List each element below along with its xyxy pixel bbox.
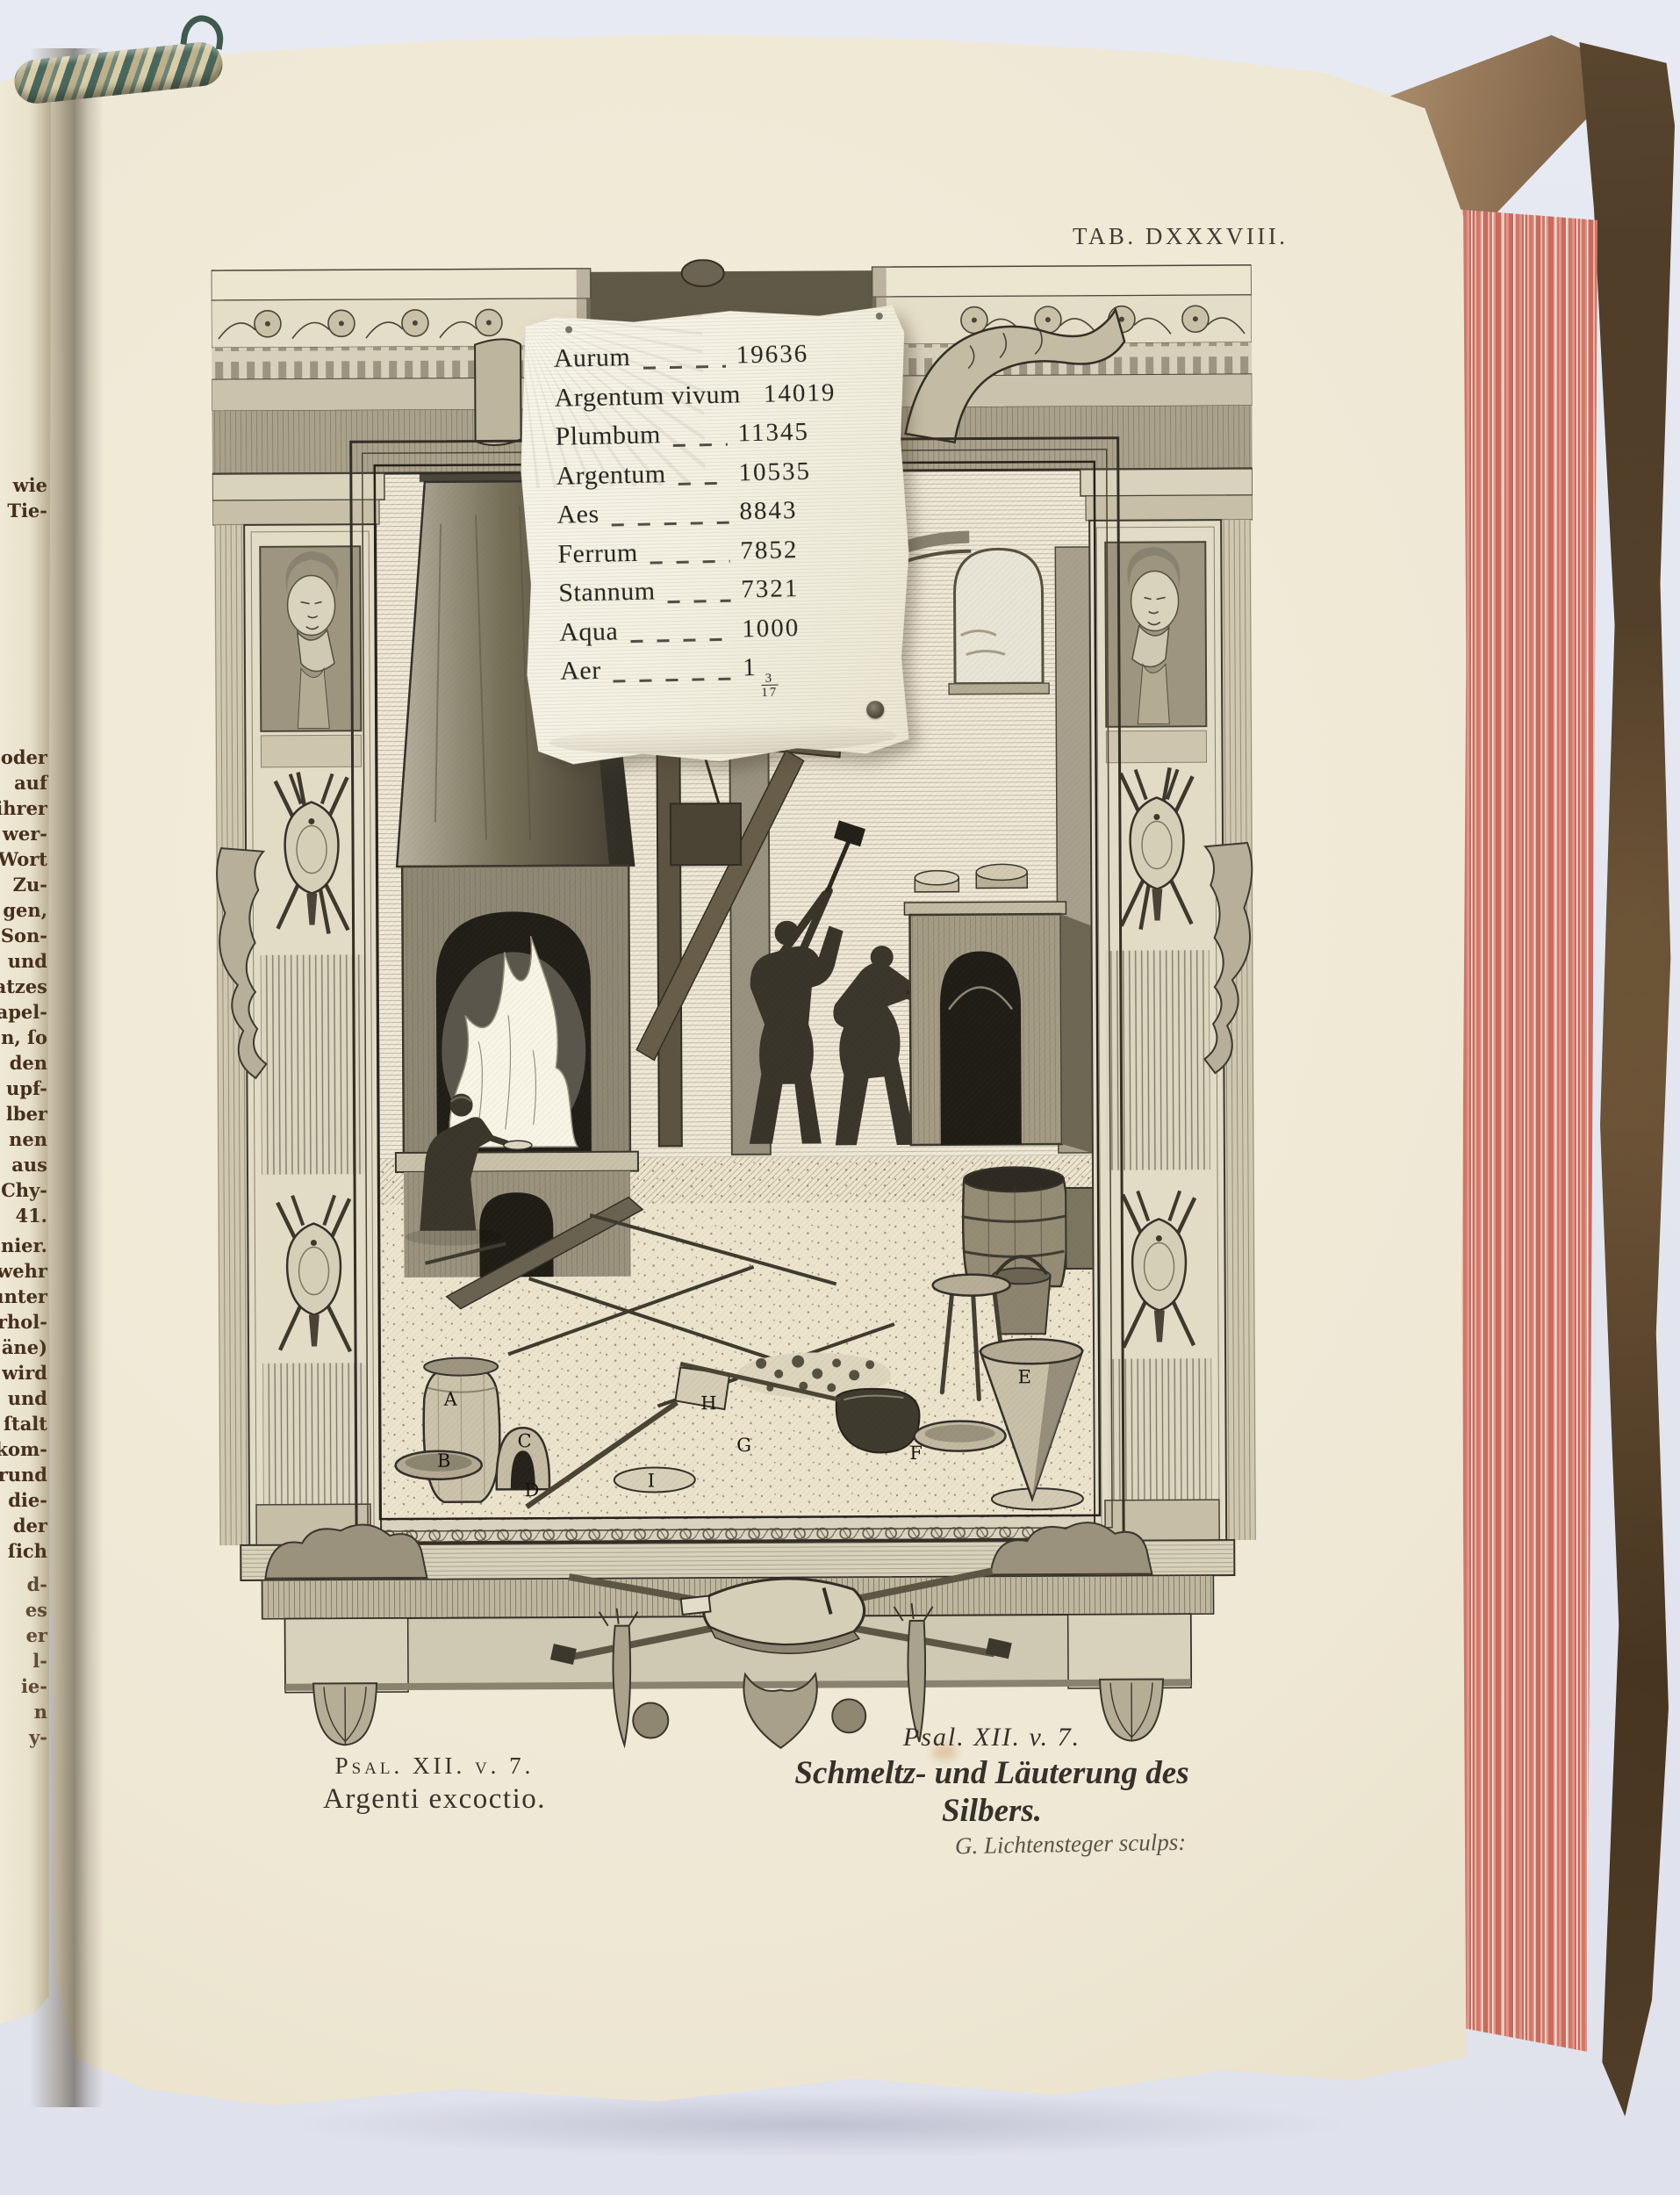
latin-caption: Psal. XII. v. 7. Argenti excoctio. <box>290 1752 579 1816</box>
latin-title: Argenti excoctio. <box>290 1783 579 1816</box>
list-row: Aes8843 <box>556 494 828 539</box>
pin-dot <box>565 326 572 333</box>
margin-text-fragment: wie Tie- <box>7 472 47 523</box>
list-row: Aer1317 <box>560 651 831 695</box>
photo-of-open-book: wie Tie- oder auf ihrer wer- Wort Zu- ge… <box>0 0 1680 2195</box>
pediment-scroll-left <box>475 339 521 445</box>
dash-leader <box>612 521 729 526</box>
list-row: Stannum7321 <box>558 572 829 617</box>
list-row: Plumbum11345 <box>555 416 826 461</box>
fraction: 317 <box>761 673 779 699</box>
weights-banner: Aurum19636 Argentum vivum14019 Plumbum11… <box>518 305 914 765</box>
dash-leader <box>668 599 731 603</box>
german-caption: Psal. XII. v. 7. Schmeltz- und Läuterung… <box>746 1723 1238 1830</box>
banner-sheet: Aurum19636 Argentum vivum14019 Plumbum11… <box>518 305 914 765</box>
margin-text-fragment: oder auf ihrer wer- Wort Zu- gen, Son- u… <box>0 745 47 1228</box>
margin-text-fragment: nier. wehr unter rhol- äne) wird und ſta… <box>0 1233 47 1564</box>
margin-text-fragment: d- es er l- ie- n y- <box>21 1572 47 1750</box>
german-psalm-reference: Psal. XII. v. 7. <box>746 1723 1238 1752</box>
pin-dot <box>876 313 883 320</box>
latin-psalm-reference: Psal. XII. v. 7. <box>290 1752 579 1780</box>
plate-number-label: TAB. DXXXVIII. <box>1073 223 1289 250</box>
list-row: Argentum vivum14019 <box>554 378 825 422</box>
seal-dot <box>866 701 884 718</box>
facing-page-strip: wie Tie- oder auf ihrer wer- Wort Zu- ge… <box>0 70 51 2024</box>
dash-leader <box>630 638 731 643</box>
dash-leader <box>650 560 730 565</box>
plate-base <box>241 1520 1235 1751</box>
dash-leader <box>643 364 726 369</box>
metal-weight-list: Aurum19636 Argentum vivum14019 Plumbum11… <box>518 336 911 696</box>
list-row: Argentum10535 <box>556 456 827 500</box>
pediment-finial <box>682 260 724 286</box>
red-fore-edge <box>1450 209 1597 2070</box>
list-row: Aqua1000 <box>559 612 830 657</box>
plate-page: TAB. DXXXVIII. <box>46 33 1468 2116</box>
list-row: Aurum19636 <box>553 338 824 383</box>
headband-tassel <box>180 12 226 49</box>
engraver-credit: G. Lichtensteger sculps: <box>955 1827 1289 1860</box>
dash-leader <box>678 482 729 486</box>
dash-leader <box>673 443 728 446</box>
list-row: Ferrum7852 <box>557 534 829 579</box>
book-cast-shadow <box>105 2090 1527 2177</box>
german-title: Schmeltz- und Läuterung des Silbers. <box>746 1754 1238 1830</box>
dash-leader <box>614 677 733 682</box>
root-bundle-left <box>613 1626 630 1745</box>
